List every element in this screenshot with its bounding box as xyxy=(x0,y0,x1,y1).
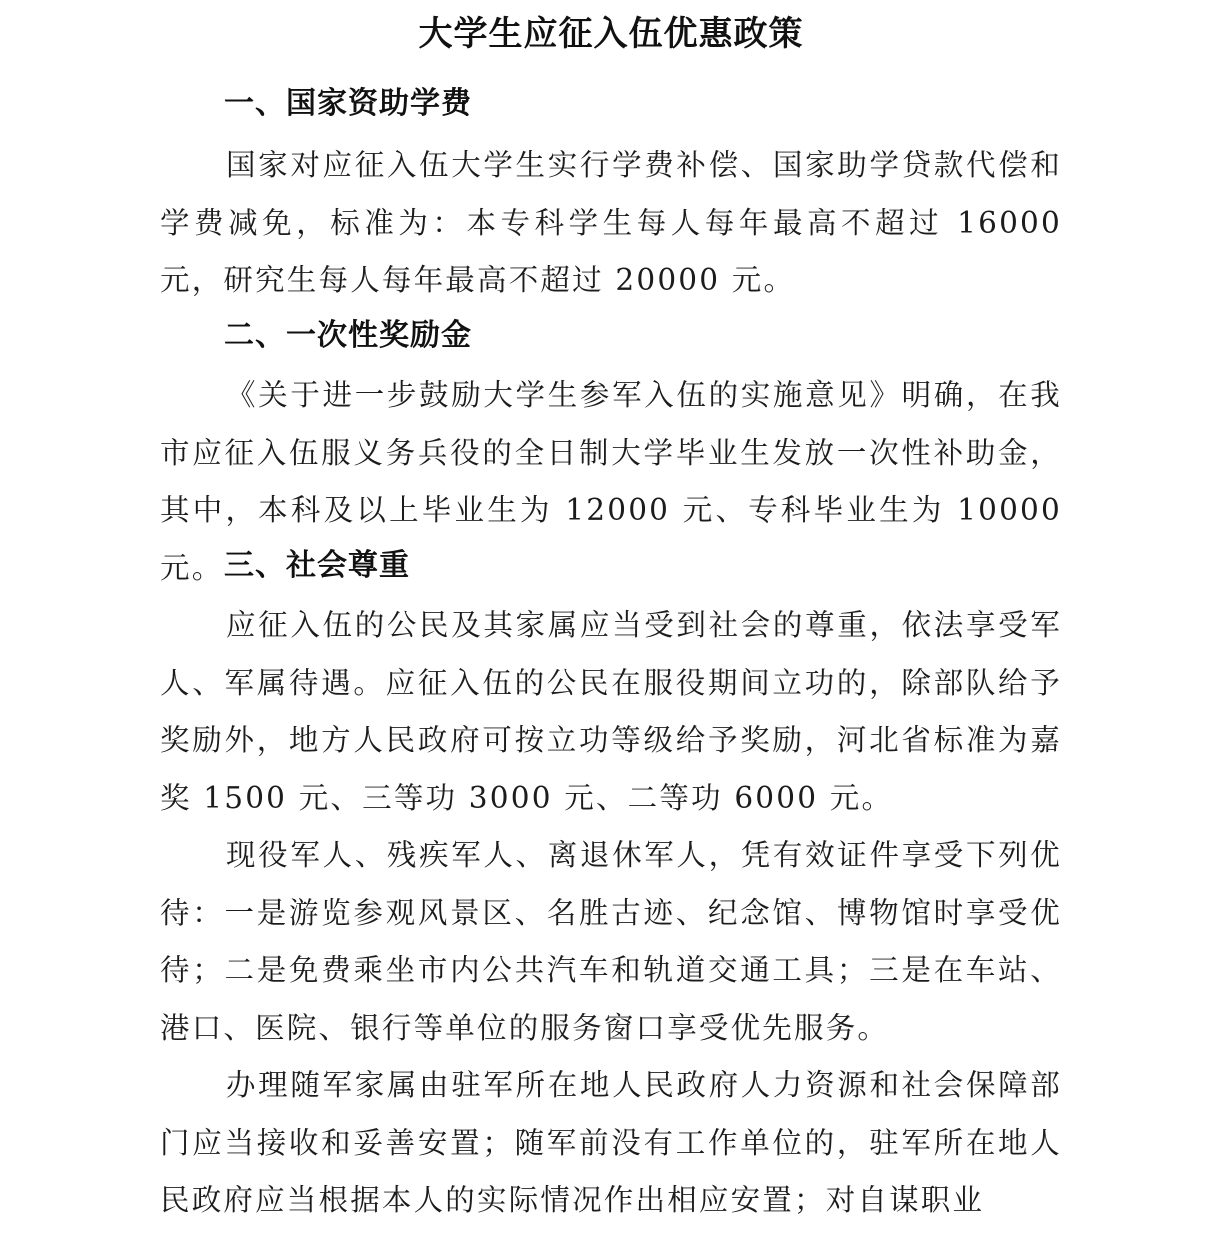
paragraph-social-respect-2: 现役军人、残疾军人、离退休军人，凭有效证件享受下列优待：一是游览参观风景区、名胜… xyxy=(160,827,1062,1057)
section-heading-tuition-aid: 一、国家资助学费 xyxy=(224,84,472,124)
paragraph-social-respect-1: 应征入伍的公民及其家属应当受到社会的尊重，依法享受军人、军属待遇。应征入伍的公民… xyxy=(160,597,1062,827)
paragraph-social-respect-3: 办理随军家属由驻军所在地人民政府人力资源和社会保障部门应当接收和妥善安置；随军前… xyxy=(160,1057,1062,1230)
section-heading-one-time-bonus: 二、一次性奖励金 xyxy=(224,316,472,356)
section-heading-social-respect: 三、社会尊重 xyxy=(224,546,410,586)
paragraph-tuition-aid: 国家对应征入伍大学生实行学费补偿、国家助学贷款代偿和学费减免，标准为：本专科学生… xyxy=(160,137,1062,310)
document-title: 大学生应征入伍优惠政策 xyxy=(160,12,1062,56)
